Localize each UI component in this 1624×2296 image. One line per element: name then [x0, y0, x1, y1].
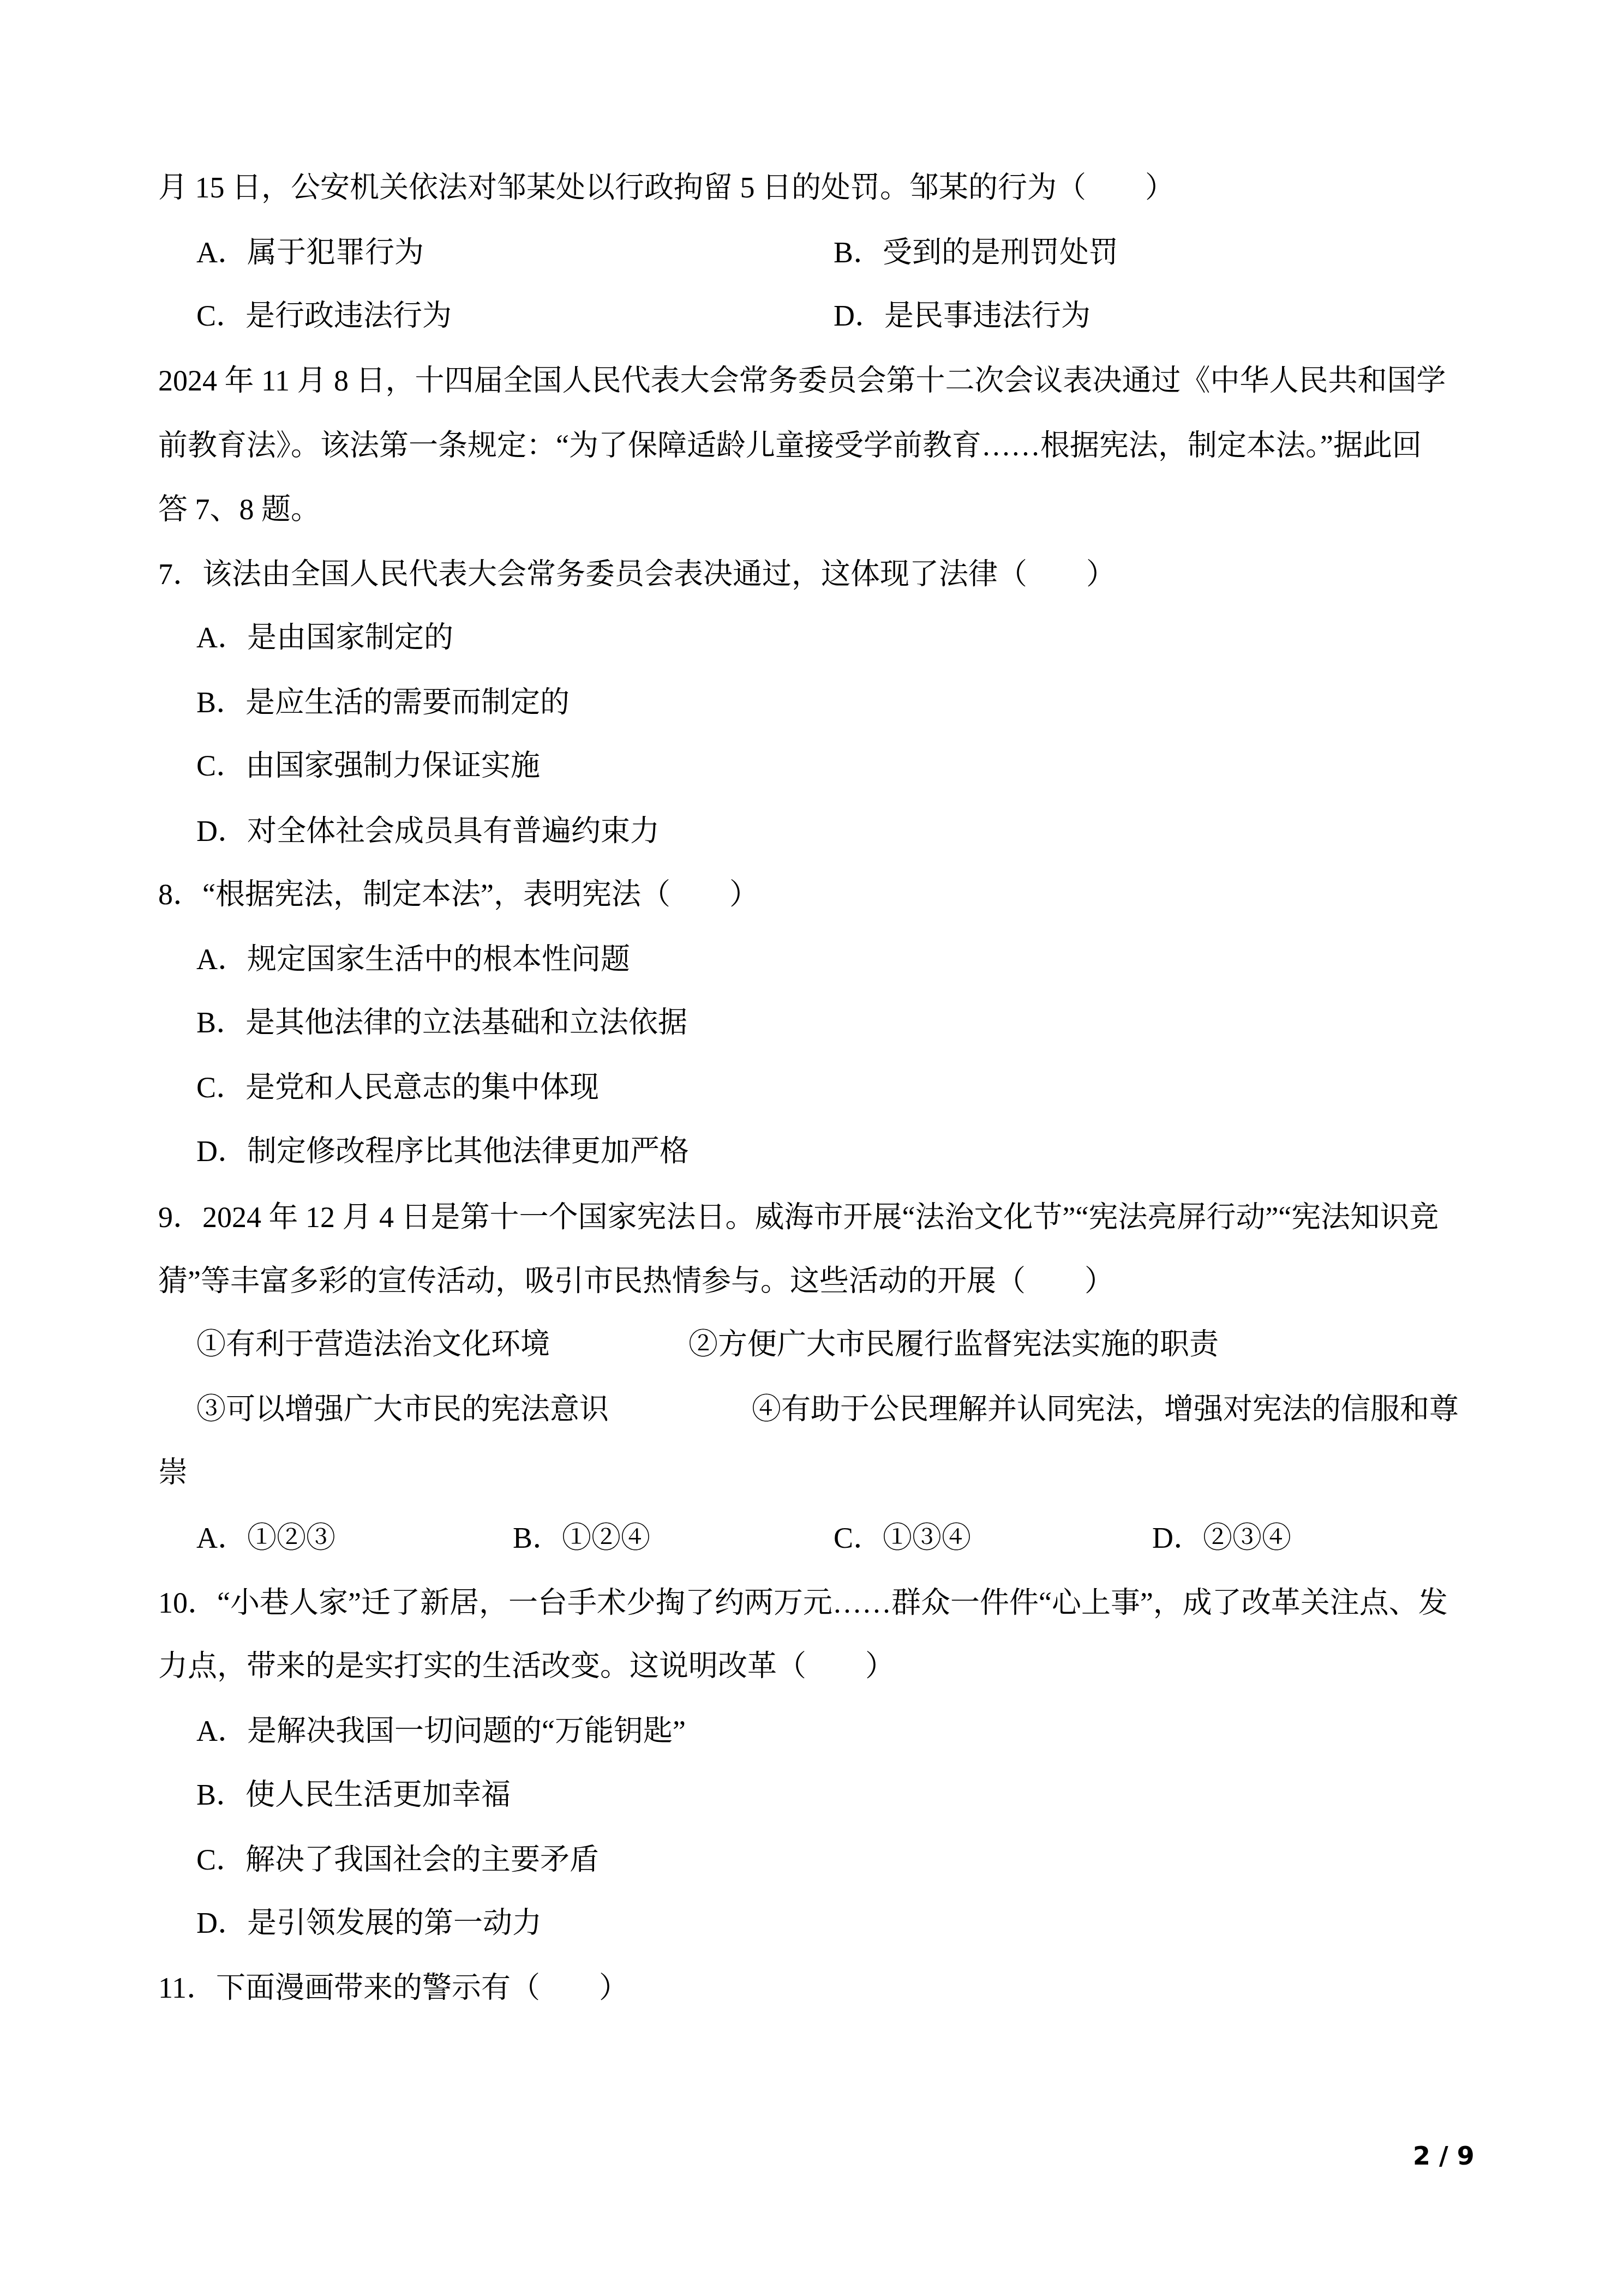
page-number: 2 / 9	[1413, 2141, 1475, 2171]
q8-option-d: D．制定修改程序比其他法律更加严格	[196, 1134, 689, 1169]
q9-statement-4: ④有助于公民理解并认同宪法，增强对宪法的信服和尊	[752, 1392, 1459, 1427]
material-line-2: 前教育法》。该法第一条规定：“为了保障适龄儿童接受学前教育……根据宪法，制定本法…	[158, 428, 1422, 463]
q10-option-a: A．是解决我国一切问题的“万能钥匙”	[196, 1714, 686, 1748]
q10-option-d: D．是引领发展的第一动力	[196, 1906, 542, 1940]
q8-stem: 8．“根据宪法，制定本法”，表明宪法（ ）	[158, 877, 759, 912]
q6-option-a: A．属于犯罪行为	[196, 235, 424, 270]
q9-option-b: B．①②④	[513, 1520, 650, 1555]
q9-option-a: A．①②③	[196, 1520, 335, 1555]
material-line-3: 答 7、8 题。	[158, 492, 320, 527]
q9-statement-2: ②方便广大市民履行监督宪法实施的职责	[688, 1327, 1219, 1362]
q6-option-c: C．是行政违法行为	[196, 298, 452, 333]
q10-option-b: B．使人民生活更加幸福	[196, 1777, 511, 1812]
q10-stem-line-1: 10．“小巷人家”迁了新居，一台手术少掏了约两万元……群众一件件“心上事”，成了…	[158, 1585, 1448, 1620]
q9-statement-4-wrap: 崇	[158, 1455, 188, 1490]
q6-stem-tail: 月 15 日，公安机关依法对邹某处以行政拘留 5 日的处罚。邹某的行为（ ）	[158, 170, 1174, 205]
q7-option-d: D．对全体社会成员具有普遍约束力	[196, 814, 660, 849]
q7-option-c: C．由国家强制力保证实施	[196, 748, 540, 783]
q6-option-b: B．受到的是刑罚处罚	[834, 235, 1118, 270]
q7-option-a: A．是由国家制定的	[196, 620, 453, 655]
q6-option-d: D．是民事违法行为	[834, 298, 1090, 333]
q8-option-b: B．是其他法律的立法基础和立法依据	[196, 1005, 687, 1040]
q7-option-b: B．是应生活的需要而制定的	[196, 685, 570, 720]
q11-stem: 11．下面漫画带来的警示有（ ）	[158, 1970, 628, 2005]
material-line-1: 2024 年 11 月 8 日，十四届全国人民代表大会常务委员会第十二次会议表决…	[158, 363, 1446, 398]
q7-stem: 7．该法由全国人民代表大会常务委员会表决通过，这体现了法律（ ）	[158, 557, 1116, 592]
q9-stem-line-1: 9．2024 年 12 月 4 日是第十一个国家宪法日。威海市开展“法治文化节”…	[158, 1200, 1439, 1235]
q9-option-d: D．②③④	[1152, 1520, 1291, 1555]
q8-option-a: A．规定国家生活中的根本性问题	[196, 942, 630, 977]
q9-statement-3: ③可以增强广大市民的宪法意识	[196, 1392, 609, 1427]
q9-stem-line-2: 猜”等丰富多彩的宣传活动，吸引市民热情参与。这些活动的开展（ ）	[158, 1264, 1114, 1299]
q10-stem-line-2: 力点，带来的是实打实的生活改变。这说明改革（ ）	[158, 1649, 895, 1684]
q10-option-c: C．解决了我国社会的主要矛盾	[196, 1842, 599, 1877]
q9-statement-1: ①有利于营造法治文化环境	[196, 1327, 550, 1362]
q9-option-c: C．①③④	[834, 1520, 971, 1555]
q8-option-c: C．是党和人民意志的集中体现	[196, 1070, 599, 1105]
